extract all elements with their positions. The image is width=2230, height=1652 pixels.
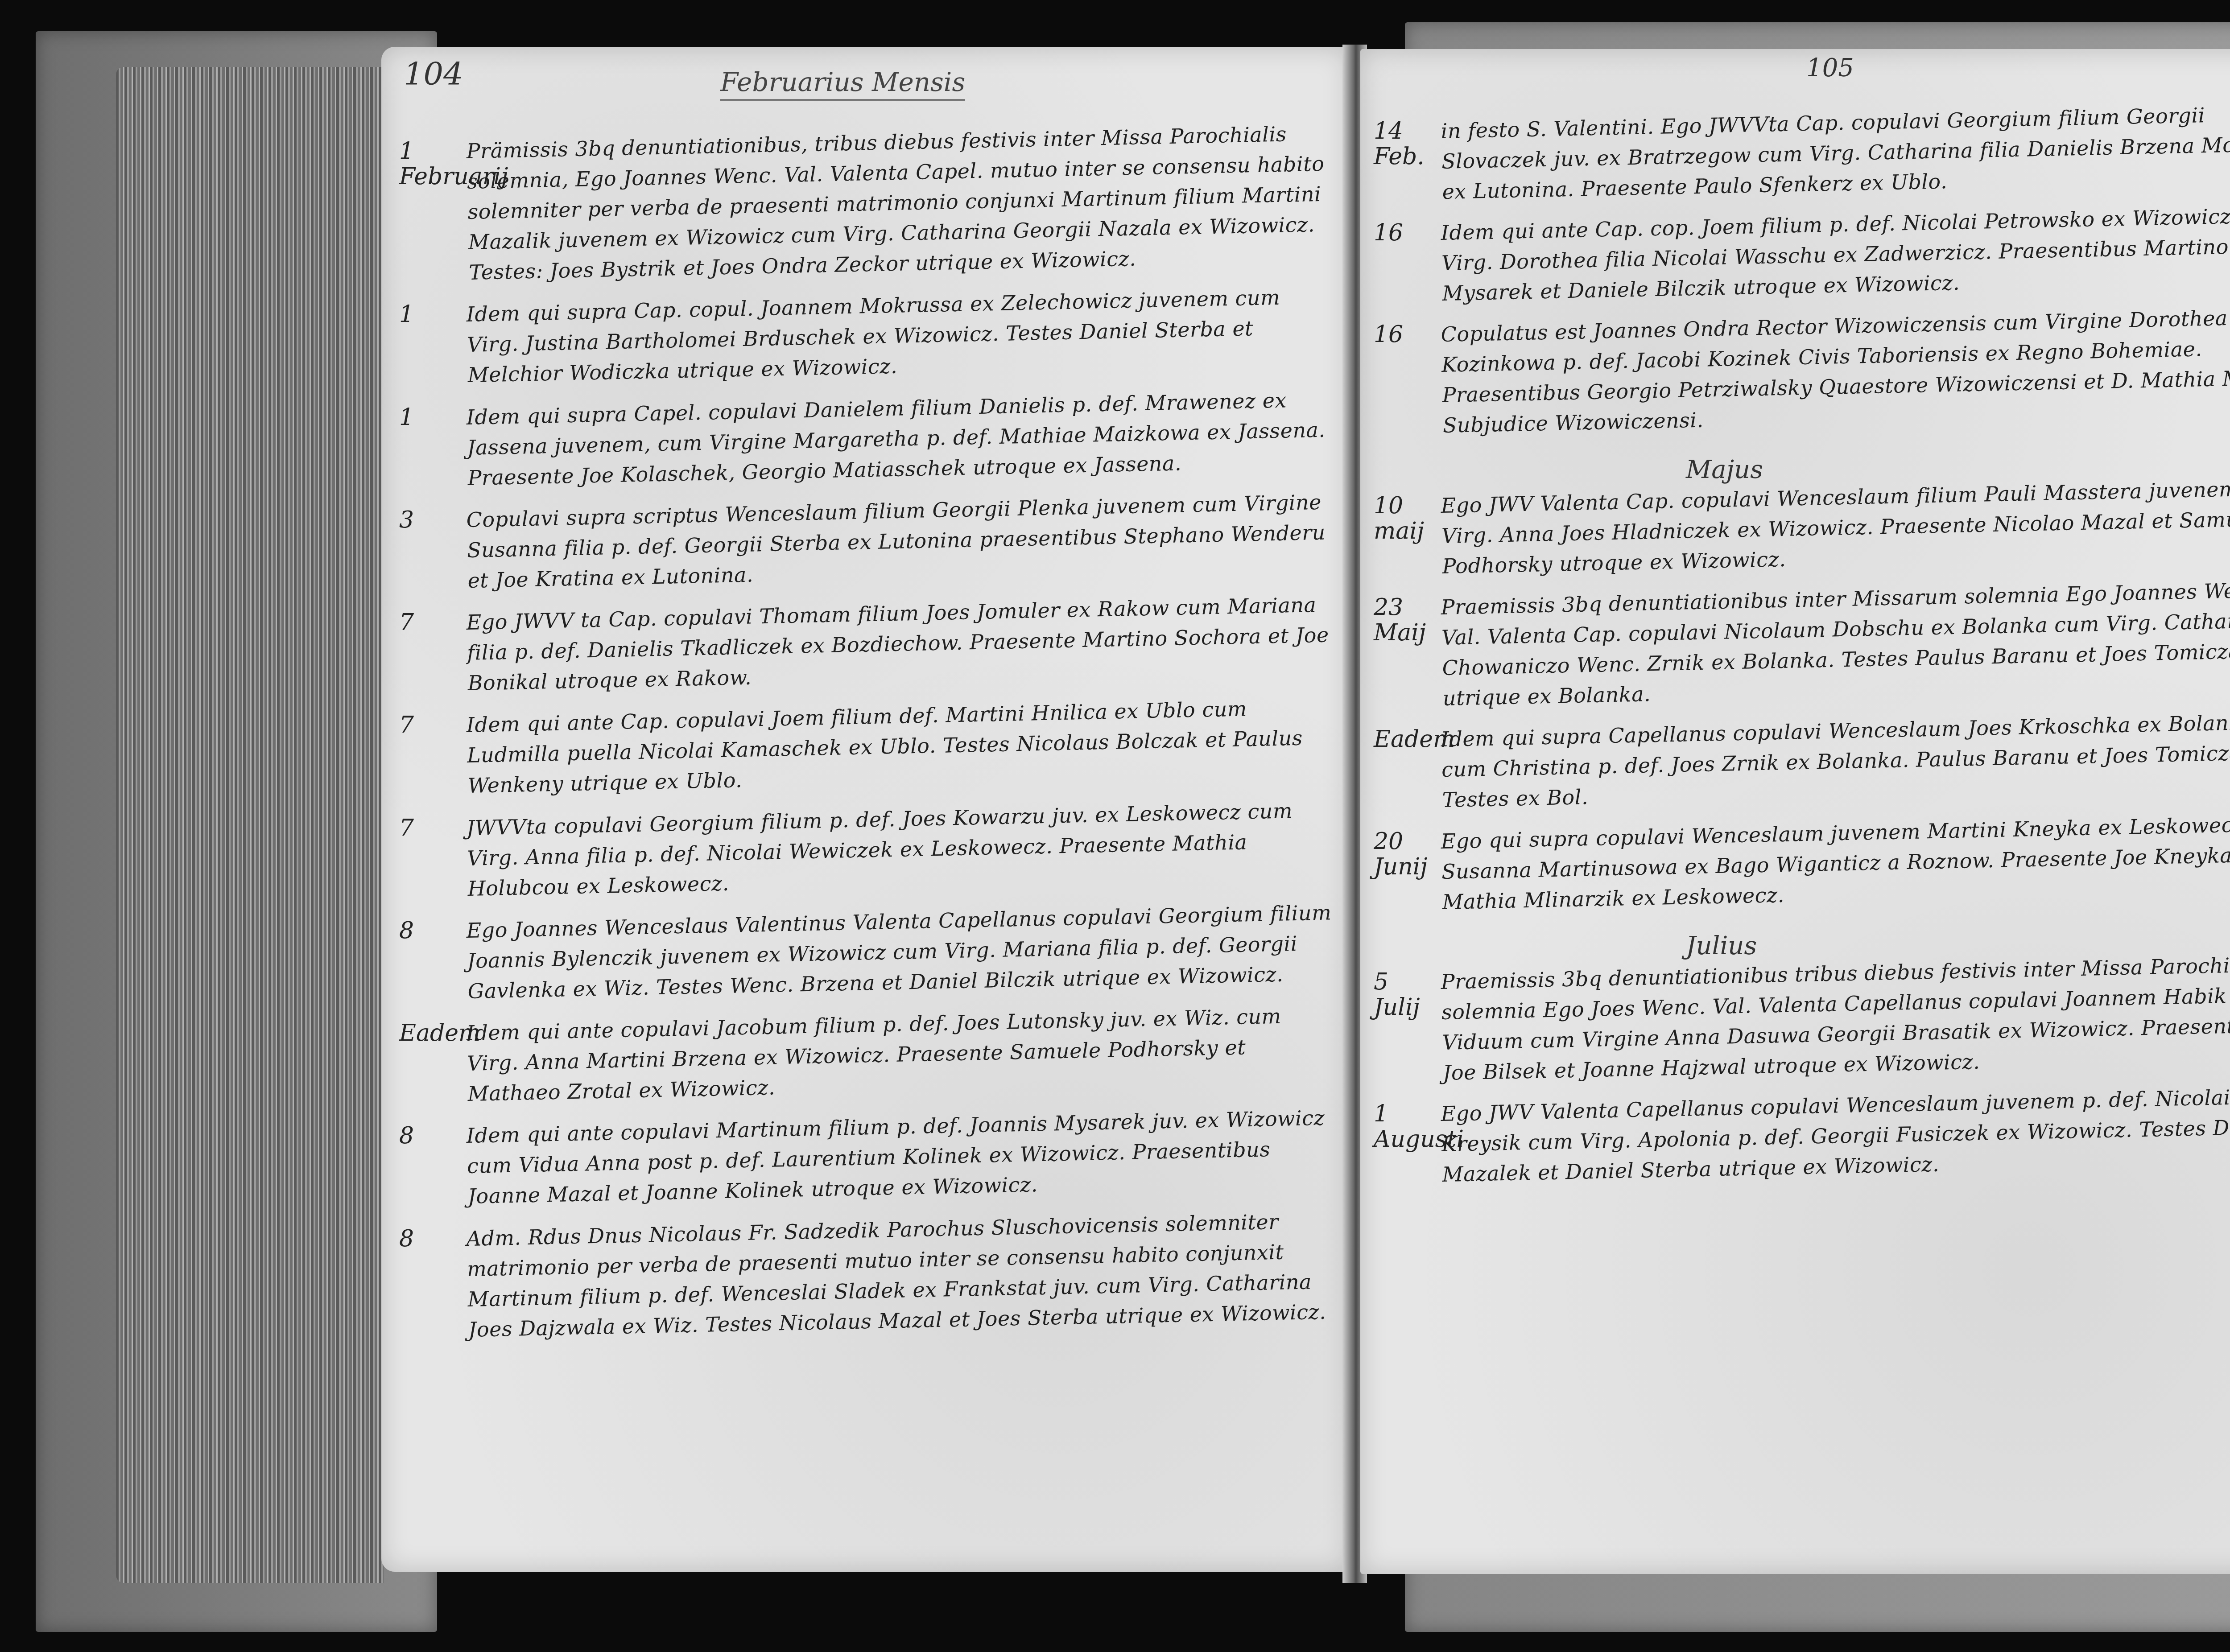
entry-date: 7: [399, 710, 466, 738]
entry-text: Idem qui supra Cap. copul. Joannem Mokru…: [466, 281, 1333, 391]
entry-date: 8: [399, 1224, 466, 1252]
entry-text: Praemissis 3bq denuntiationibus inter Mi…: [1441, 574, 2230, 714]
register-entry: 20 JunijEgo qui supra copulavi Wenceslau…: [1374, 826, 2230, 917]
right-page: 105 14 Feb.in festo S. Valentini. Ego JW…: [1360, 49, 2230, 1574]
entry-date: 1: [399, 299, 466, 327]
entry-date: 5 Julij: [1374, 967, 1441, 1020]
entry-text: Adm. Rdus Dnus Nicolaus Fr. Sadzedik Par…: [466, 1205, 1334, 1345]
entry-date: Eadem: [1374, 724, 1441, 752]
month-heading: Februarius Mensis: [720, 67, 965, 101]
entry-date: 23 Maij: [1374, 592, 1441, 646]
register-entry: 8Adm. Rdus Dnus Nicolaus Fr. Sadzedik Pa…: [399, 1224, 1331, 1345]
register-entry: 10 maijEgo JWV Valenta Cap. copulavi Wen…: [1374, 490, 2230, 581]
register-entry: EademIdem qui ante copulavi Jacobum fili…: [399, 1018, 1331, 1109]
register-entry: 3Copulavi supra scriptus Wenceslaum fili…: [399, 505, 1331, 596]
register-entry: 23 MaijPraemissis 3bq denuntiationibus i…: [1374, 592, 2230, 713]
left-page: 104 Februarius Mensis 1 FebruarijPrämiss…: [381, 47, 1349, 1572]
entry-text: Idem qui ante copulavi Martinum filium p…: [466, 1103, 1333, 1212]
register-entry: 5 JulijPraemissis 3bq denuntiationibus t…: [1374, 967, 2230, 1088]
register-entry: 14 Feb.in festo S. Valentini. Ego JWVVta…: [1374, 116, 2230, 207]
folio-number: 104: [404, 56, 463, 92]
entry-text: Idem qui ante copulavi Jacobum filium p.…: [466, 1000, 1333, 1109]
entry-date: 7: [399, 813, 466, 841]
register-entry: 1 AugustiEgo JWV Valenta Capellanus copu…: [1374, 1099, 2230, 1190]
register-entry: 16Copulatus est Joannes Ondra Rector Wiz…: [1374, 319, 2230, 441]
entry-date: 16: [1374, 319, 1441, 347]
entry-date: Eadem: [399, 1018, 466, 1046]
entry-text: Copulatus est Joannes Ondra Rector Wizow…: [1441, 301, 2230, 441]
register-entry: EademIdem qui supra Capellanus copulavi …: [1374, 724, 2230, 815]
entry-text: JWVVta copulavi Georgium filium p. def. …: [466, 795, 1333, 904]
entry-date: 8: [399, 915, 466, 943]
page-block-left: [116, 67, 384, 1583]
entry-date: 1 Augusti: [1374, 1099, 1441, 1152]
entry-text: Praemissis 3bq denuntiationibus tribus d…: [1441, 948, 2230, 1088]
entry-text: Ego JWVV ta Cap. copulavi Thomam filium …: [466, 589, 1333, 698]
register-entry: 8Ego Joannes Wenceslaus Valentinus Valen…: [399, 915, 1331, 1006]
register-entry: 1Idem qui supra Cap. copul. Joannem Mokr…: [399, 299, 1331, 390]
entry-date: 20 Junij: [1374, 826, 1441, 880]
folio-number: 105: [1806, 54, 1854, 82]
register-entry: 7Ego JWVV ta Cap. copulavi Thomam filium…: [399, 607, 1331, 698]
entry-text: Idem qui supra Capellanus copulavi Wence…: [1441, 706, 2230, 816]
register-entry: 1Idem qui supra Capel. copulavi Danielem…: [399, 402, 1331, 493]
entry-text: Idem qui ante Cap. copulavi Joem filium …: [466, 692, 1333, 801]
entry-date: 1: [399, 402, 466, 430]
register-entry: 7Idem qui ante Cap. copulavi Joem filium…: [399, 710, 1331, 801]
register-entry: 7JWVVta copulavi Georgium filium p. def.…: [399, 813, 1331, 904]
register-entry: 16Idem qui ante Cap. cop. Joem filium p.…: [1374, 218, 2230, 309]
entry-text: Prämissis 3bq denuntiationibus, tribus d…: [466, 118, 1334, 288]
register-entry: 8Idem qui ante copulavi Martinum filium …: [399, 1121, 1331, 1211]
entry-text: Ego JWV Valenta Capellanus copulavi Wenc…: [1441, 1081, 2230, 1190]
entry-date: 10 maij: [1374, 490, 1441, 544]
entry-text: Ego Joannes Wenceslaus Valentinus Valent…: [466, 897, 1333, 1006]
entry-text: Ego qui supra copulavi Wenceslaum juvene…: [1441, 808, 2230, 917]
entry-date: 14 Feb.: [1374, 116, 1441, 169]
entry-text: Ego JWV Valenta Cap. copulavi Wenceslaum…: [1441, 472, 2230, 581]
entry-list: 14 Feb.in festo S. Valentini. Ego JWVVta…: [1374, 116, 2230, 1190]
entry-text: Copulavi supra scriptus Wenceslaum filiu…: [466, 486, 1333, 596]
entry-text: Idem qui ante Cap. cop. Joem filium p. d…: [1441, 200, 2230, 309]
entry-date: 7: [399, 607, 466, 635]
entry-list: 1 FebruarijPrämissis 3bq denuntiationibu…: [399, 136, 1331, 1345]
entry-date: 16: [1374, 218, 1441, 246]
entry-date: 3: [399, 505, 466, 533]
entry-date: 8: [399, 1121, 466, 1149]
entry-text: in festo S. Valentini. Ego JWVVta Cap. c…: [1441, 98, 2230, 207]
register-entry: 1 FebruarijPrämissis 3bq denuntiationibu…: [399, 136, 1331, 288]
entry-text: Idem qui supra Capel. copulavi Danielem …: [466, 384, 1333, 493]
entry-date: 1 Februarij: [399, 136, 466, 190]
